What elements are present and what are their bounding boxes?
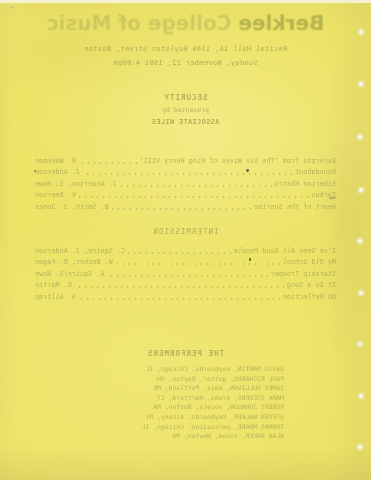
performer-name: R. Wakeman <box>35 157 76 166</box>
roster-line: DAVID MARTIN, keyboards, Chicago, IL <box>92 365 284 375</box>
dotted-leader <box>120 185 272 187</box>
dotted-leader <box>128 252 231 254</box>
dotted-leader <box>83 173 292 175</box>
scan-speck <box>10 6 14 8</box>
performer-name: D. Martin <box>35 281 72 290</box>
roster-line: PAUL RICHARDS, guitar, Dayton, OH <box>92 375 284 385</box>
performer-name: J. Anderson <box>35 168 80 177</box>
roster-line: ROBERT JOHNSON, vocals, Boston, MA <box>92 403 284 413</box>
punch-hole <box>358 29 364 35</box>
roster-line: JAMES SULLIVAN, bass, Portland, ME <box>92 384 284 394</box>
dotted-leader <box>112 208 251 210</box>
scan-top-edge <box>0 0 371 3</box>
song-title: Siberian Khatru <box>275 180 336 189</box>
dotted-leader <box>116 263 280 265</box>
dotted-leader <box>75 286 284 288</box>
song-title: Heart of the Sunrise <box>254 203 336 212</box>
song-title: It Is a Song <box>287 281 336 290</box>
logo-rest-text: College of Music <box>47 11 239 35</box>
performer-name: J. Anderson, S. Howe <box>35 180 117 189</box>
song-title: My Old School <box>283 258 336 267</box>
performer-name: G. Giltrap <box>35 293 76 302</box>
intermission-heading: INTERMISSION <box>0 227 371 236</box>
roster-line: ALAN BAKER, sound, Newton, MA <box>92 432 284 442</box>
punch-hole <box>358 81 364 87</box>
performer-name: A. Squire/S. Howe <box>35 270 105 279</box>
song-title: Starship Trooper <box>271 270 336 279</box>
performer-name: W. Becker, D. Fagen <box>35 258 113 267</box>
song-title: I've Seen All Good People <box>234 247 336 256</box>
performers-roster: DAVID MARTIN, keyboards, Chicago, IL PAU… <box>92 365 284 442</box>
venue-line: Recital Hall 1A, 1140 Boylston Street, B… <box>0 45 371 53</box>
song-title: Excerpts from 'The Six Wives of King Hen… <box>140 157 336 166</box>
ink-fleck <box>249 258 251 261</box>
presented-by-label: presented by <box>0 106 371 114</box>
dotted-leader <box>79 298 280 300</box>
program-line: Heart of the Sunrise B. Smith, J. Jones <box>35 200 336 212</box>
recital-title: SECURITY <box>0 93 371 102</box>
dotted-leader <box>79 196 309 198</box>
performer-name: C. Squire, J. Anderson <box>35 247 125 256</box>
performer-name: K. Emerson <box>35 191 76 200</box>
dotted-leader <box>79 162 137 164</box>
roster-line: MARK STEVENS, drums, Hartford, CT <box>92 394 284 404</box>
berklee-logo-bleedthrough: Berklee College of Music <box>0 11 371 35</box>
performer-name: B. Smith, J. Jones <box>35 203 109 212</box>
program-line: Starship Trooper A. Squire/S. Howe <box>35 267 336 279</box>
punch-hole <box>357 134 363 140</box>
roster-line: THOMAS MOORE, percussion, Chicago, IL <box>92 423 284 433</box>
program-line: On Reflection G. Giltrap <box>35 290 336 302</box>
program-line: Roundabout J. Anderson <box>35 166 336 178</box>
punch-hole <box>358 290 364 296</box>
ink-fleck <box>34 170 36 172</box>
scanned-program-page-back: Berklee College of Music Recital Hall 1A… <box>0 0 371 480</box>
date-line: Sunday, November 22, 1981 4:00pm <box>0 59 371 67</box>
punch-hole <box>357 238 363 244</box>
program-list-1: Excerpts from 'The Six Wives of King Hen… <box>35 154 336 212</box>
program-line: It Is a Song D. Martin <box>35 279 336 291</box>
song-title: Roundabout <box>295 168 336 177</box>
ink-fleck <box>246 169 249 172</box>
program-line: I've Seen All Good People C. Squire, J. … <box>35 244 336 256</box>
program-line: My Old School W. Becker, D. Fagen <box>35 256 336 268</box>
roster-line: STEVEN WALKER, keyboards, Albany, NY <box>92 413 284 423</box>
dotted-leader <box>108 275 268 277</box>
punch-hole <box>357 341 363 347</box>
punch-hole <box>358 393 364 399</box>
punch-hole <box>358 187 364 193</box>
program-line: Tarkus K. Emerson <box>35 189 336 201</box>
program-list-2: I've Seen All Good People C. Squire, J. … <box>35 244 336 302</box>
program-line: Excerpts from 'The Six Wives of King Hen… <box>35 154 336 166</box>
song-title: On Reflection <box>283 293 336 302</box>
program-line: Siberian Khatru J. Anderson, S. Howe <box>35 177 336 189</box>
performers-heading: THE PERFORMERS <box>0 349 371 358</box>
punch-hole <box>357 444 363 450</box>
presenter-name: ASSOCIATE WILES <box>0 118 371 126</box>
logo-berklee-text: Berklee <box>238 11 324 35</box>
